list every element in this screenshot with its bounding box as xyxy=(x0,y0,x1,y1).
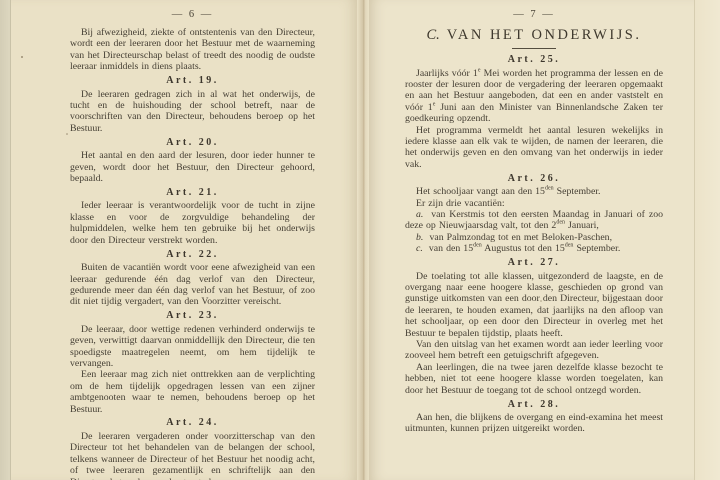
list-marker: c. xyxy=(416,243,423,254)
paragraph: Buiten de vacantiën wordt voor eene afwe… xyxy=(70,262,315,308)
paragraph: Het aantal en den aard der lesuren, door… xyxy=(70,150,315,184)
paragraph: Een leeraar mag zich niet onttrekken aan… xyxy=(70,369,315,415)
book-spread: — 6 — Bij afwezigheid, ziekte of ontsten… xyxy=(0,0,720,480)
list-marker: b. xyxy=(416,232,423,243)
paragraph: Het programma vermeldt het aantal lesure… xyxy=(405,125,663,171)
list-item: a. van Kerstmis tot den eersten Maandag … xyxy=(405,209,663,232)
paragraph: Aan leerlingen, die na twee jaren dezelf… xyxy=(405,362,663,396)
page-number-right: — 7 — xyxy=(405,9,663,20)
paragraph: De leeraren gedragen zich in al wat het … xyxy=(70,89,315,135)
article-heading: Art. 22. xyxy=(70,249,315,260)
list-item: c. van den 15den Augustus tot den 15den … xyxy=(405,243,663,254)
paragraph: Van den uitslag van het examen wordt aan… xyxy=(405,339,663,362)
section-letter: C. xyxy=(426,27,439,43)
list-marker: a. xyxy=(416,209,423,220)
paragraph: De leeraar, door wettige redenen verhind… xyxy=(70,324,315,370)
paper-speck xyxy=(540,300,542,302)
article-heading: Art. 19. xyxy=(70,75,315,86)
book-binding-edge xyxy=(0,0,11,480)
paragraph: De toelating tot alle klassen, uitgezond… xyxy=(405,271,663,339)
title-rule xyxy=(512,48,556,49)
paper-speck xyxy=(21,56,23,58)
paragraph: Aan hen, die blijkens de overgang en ein… xyxy=(405,412,663,435)
list-item: b. van Palmzondag tot en met Beloken-Pas… xyxy=(405,232,663,243)
page-gutter-fold xyxy=(357,0,369,480)
paragraph: Het schooljaar vangt aan den 15den Septe… xyxy=(405,186,663,197)
article-heading: Art. 20. xyxy=(70,137,315,148)
article-heading: Art. 21. xyxy=(70,187,315,198)
article-heading: Art. 26. xyxy=(405,173,663,184)
page-7-text-block: Art. 25.Jaarlijks vóór 1e Mei worden het… xyxy=(405,54,663,435)
paragraph: Bij afwezigheid, ziekte of ontstentenis … xyxy=(70,27,315,73)
paragraph: Ieder leeraar is verantwoordelijk voor d… xyxy=(70,200,315,246)
article-heading: Art. 25. xyxy=(405,54,663,65)
paragraph: Jaarlijks vóór 1e Mei worden het program… xyxy=(405,68,663,125)
page-6-text-block: Bij afwezigheid, ziekte of ontstentenis … xyxy=(70,27,315,480)
page-6: — 6 — Bij afwezigheid, ziekte of ontsten… xyxy=(11,0,357,480)
article-heading: Art. 23. xyxy=(70,310,315,321)
page-stack-edge xyxy=(694,0,720,480)
section-title: C.VAN HET ONDERWIJS. xyxy=(405,27,663,44)
article-heading: Art. 24. xyxy=(70,417,315,428)
page-number-left: — 6 — xyxy=(70,9,315,20)
paper-speck xyxy=(66,133,68,135)
article-heading: Art. 27. xyxy=(405,257,663,268)
paragraph: De leeraren vergaderen onder voorzitters… xyxy=(70,431,315,480)
page-7: — 7 — C.VAN HET ONDERWIJS. Art. 25.Jaarl… xyxy=(369,0,694,480)
article-heading: Art. 28. xyxy=(405,399,663,410)
section-title-text: VAN HET ONDERWIJS. xyxy=(447,27,642,43)
paragraph: Er zijn drie vacantiën: xyxy=(405,198,663,209)
